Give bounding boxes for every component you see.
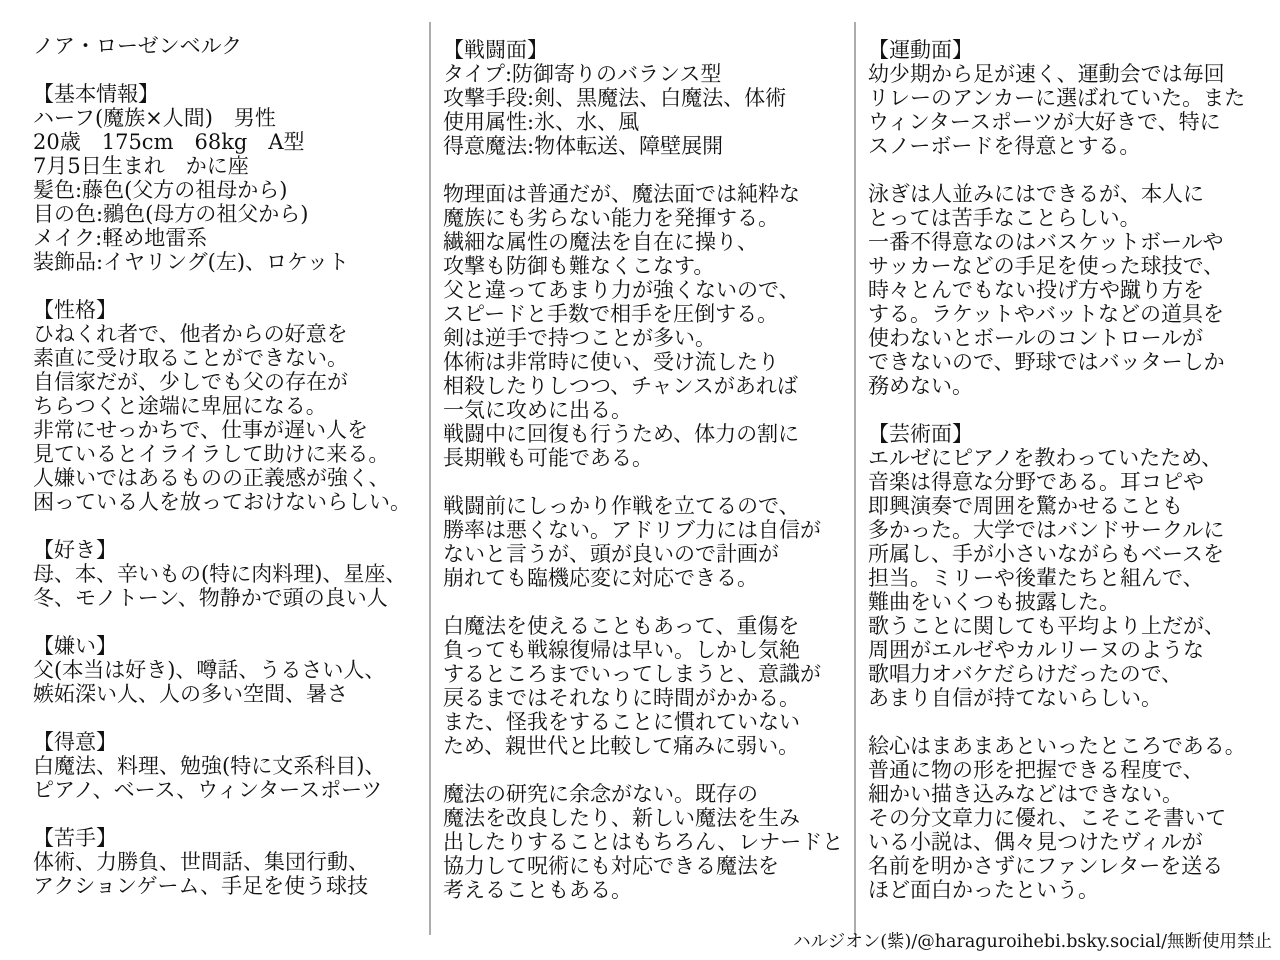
section-weaknesses: 【苦手】 体術、力勝負、世間話、集団行動、 アクションゲーム、手足を使う球技 <box>33 826 429 898</box>
character-name-block: ノア・ローゼンベルク <box>33 34 429 58</box>
section-personality-heading: 【性格】 <box>33 298 429 322</box>
character-name: ノア・ローゼンベルク <box>33 34 429 58</box>
section-magic-research: 魔法の研究に余念がない。既存の 魔法を改良したり、新しい魔法を生み 出したりする… <box>443 782 851 902</box>
section-combat-recovery: 白魔法を使えることもあって、重傷を 負っても戦線復帰は早い。しかし気絶 するとこ… <box>443 614 851 758</box>
section-likes: 【好き】 母、本、辛いもの(特に肉料理)、星座、 冬、モノトーン、物静かで頭の良… <box>33 538 429 610</box>
credit-footer: ハルジオン(紫)/@haraguroihebi.bsky.social/無断使用… <box>793 931 1272 953</box>
section-arts: 【芸術面】 エルゼにピアノを教わっていたため、 音楽は得意な分野である。耳コピや… <box>868 422 1278 710</box>
section-athletics: 【運動面】 幼少期から足が速く、運動会では毎回 リレーのアンカーに選ばれていた。… <box>868 38 1278 158</box>
section-strengths: 【得意】 白魔法、料理、勉強(特に文系科目)、 ピアノ、ベース、ウィンタースポー… <box>33 730 429 802</box>
section-combat-overview-body: タイプ:防御寄りのバランス型 攻撃手段:剣、黒魔法、白魔法、体術 使用属性:氷、… <box>443 62 851 158</box>
section-likes-heading: 【好き】 <box>33 538 429 562</box>
section-arts-heading: 【芸術面】 <box>868 422 1278 446</box>
section-arts-drawing: 絵心はまあまあといったところである。 普通に物の形を把握できる程度で、 細かい描… <box>868 734 1278 902</box>
section-combat-planning-body: 戦闘前にしっかり作戦を立てるので、 勝率は悪くない。アドリブ力には自信が ないと… <box>443 494 851 590</box>
column-basic: ノア・ローゼンベルク 【基本情報】 ハーフ(魔族×人間) 男性 20歳 175c… <box>33 34 429 898</box>
section-dislikes-body: 父(本当は好き)、噂話、うるさい人、 嫉妬深い人、人の多い空間、暑さ <box>33 658 429 706</box>
section-arts-body: エルゼにピアノを教わっていたため、 音楽は得意な分野である。耳コピや 即興演奏で… <box>868 446 1278 710</box>
section-weaknesses-heading: 【苦手】 <box>33 826 429 850</box>
section-personality-body: ひねくれ者で、他者からの好意を 素直に受け取ることができない。 自信家だが、少し… <box>33 322 429 514</box>
section-combat-planning: 戦闘前にしっかり作戦を立てるので、 勝率は悪くない。アドリブ力には自信が ないと… <box>443 494 851 590</box>
section-weaknesses-body: 体術、力勝負、世間話、集団行動、 アクションゲーム、手足を使う球技 <box>33 850 429 898</box>
section-strengths-body: 白魔法、料理、勉強(特に文系科目)、 ピアノ、ベース、ウィンタースポーツ <box>33 754 429 802</box>
section-personality: 【性格】 ひねくれ者で、他者からの好意を 素直に受け取ることができない。 自信家… <box>33 298 429 514</box>
column-divider-left <box>429 22 431 935</box>
section-magic-research-body: 魔法の研究に余念がない。既存の 魔法を改良したり、新しい魔法を生み 出したりする… <box>443 782 851 902</box>
section-arts-drawing-body: 絵心はまあまあといったところである。 普通に物の形を把握できる程度で、 細かい描… <box>868 734 1278 902</box>
section-athletics-detail: 泳ぎは人並みにはできるが、本人に とっては苦手なことらしい。 一番不得意なのはバ… <box>868 182 1278 398</box>
section-combat-overview: 【戦闘面】 タイプ:防御寄りのバランス型 攻撃手段:剣、黒魔法、白魔法、体術 使… <box>443 38 851 158</box>
section-athletics-body: 幼少期から足が速く、運動会では毎回 リレーのアンカーに選ばれていた。また ウィン… <box>868 62 1278 158</box>
section-combat-heading: 【戦闘面】 <box>443 38 851 62</box>
column-combat: 【戦闘面】 タイプ:防御寄りのバランス型 攻撃手段:剣、黒魔法、白魔法、体術 使… <box>443 38 851 902</box>
column-divider-right <box>854 22 856 935</box>
section-dislikes-heading: 【嫌い】 <box>33 634 429 658</box>
section-basic-info: 【基本情報】 ハーフ(魔族×人間) 男性 20歳 175cm 68kg A型 7… <box>33 82 429 274</box>
section-combat-style: 物理面は普通だが、魔法面では純粋な 魔族にも劣らない能力を発揮する。 繊細な属性… <box>443 182 851 470</box>
column-athletics-arts: 【運動面】 幼少期から足が速く、運動会では毎回 リレーのアンカーに選ばれていた。… <box>868 38 1278 902</box>
section-athletics-detail-body: 泳ぎは人並みにはできるが、本人に とっては苦手なことらしい。 一番不得意なのはバ… <box>868 182 1278 398</box>
character-profile-sheet: ノア・ローゼンベルク 【基本情報】 ハーフ(魔族×人間) 男性 20歳 175c… <box>0 0 1280 960</box>
section-combat-style-body: 物理面は普通だが、魔法面では純粋な 魔族にも劣らない能力を発揮する。 繊細な属性… <box>443 182 851 470</box>
section-athletics-heading: 【運動面】 <box>868 38 1278 62</box>
section-basic-info-heading: 【基本情報】 <box>33 82 429 106</box>
section-dislikes: 【嫌い】 父(本当は好き)、噂話、うるさい人、 嫉妬深い人、人の多い空間、暑さ <box>33 634 429 706</box>
section-strengths-heading: 【得意】 <box>33 730 429 754</box>
section-likes-body: 母、本、辛いもの(特に肉料理)、星座、 冬、モノトーン、物静かで頭の良い人 <box>33 562 429 610</box>
section-combat-recovery-body: 白魔法を使えることもあって、重傷を 負っても戦線復帰は早い。しかし気絶 するとこ… <box>443 614 851 758</box>
section-basic-info-body: ハーフ(魔族×人間) 男性 20歳 175cm 68kg A型 7月5日生まれ … <box>33 106 429 274</box>
